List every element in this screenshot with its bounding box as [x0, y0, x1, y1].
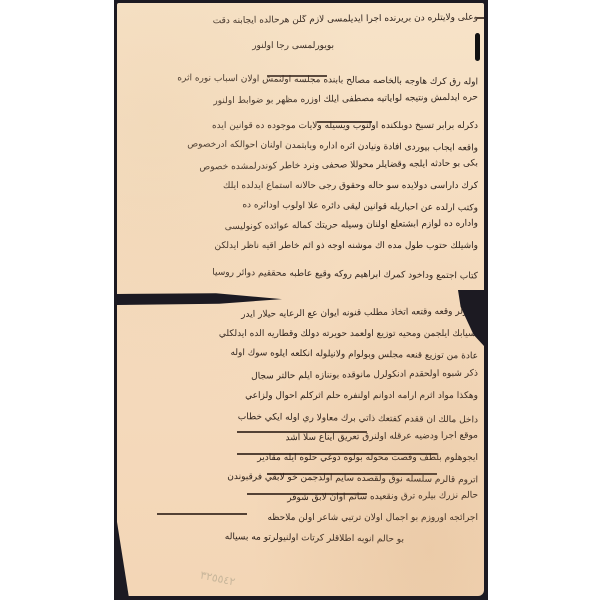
torn-corner-bottom-left [117, 522, 129, 598]
strikethrough-mark [317, 121, 372, 123]
handwritten-line: بو حالم انوبه اطلاقلر كرتات اولنيولرتو م… [164, 531, 404, 545]
handwritten-line: اسيابك ايلجمن ومحيه توزيع اولعمد حويرته … [128, 329, 478, 340]
handwritten-line: ذكر شبوه اولحقدم ادنكولرل مانوقده بونناز… [128, 369, 478, 385]
strikethrough-mark [157, 513, 247, 515]
strikethrough-mark [237, 431, 367, 433]
strikethrough-mark [267, 75, 327, 77]
handwritten-line: عادة من توزيع قنعه مجلس وبولوام ولانيلول… [128, 347, 478, 363]
handwritten-line: واداره ده لوازم ابشتعلع اولنان وسيله حري… [128, 219, 478, 235]
handwritten-line: واشيلك حتوب طول مده اك موشنه اوجه ذو ائم… [128, 241, 478, 252]
handwritten-line: بويورلمسى رجا اولنور [134, 41, 334, 52]
handwritten-line: بكى بو حادثه ايلجه وقضايلر محوللا صحفى و… [128, 159, 478, 175]
strikethrough-mark [477, 17, 484, 19]
ink-blot-mark [475, 33, 480, 61]
handwritten-line: ايجوهلوم بلطف وقصت محوله بولوه دوغي حلوه… [128, 453, 478, 464]
handwritten-line: داخل مالك ان ققدم كفتعك ذاتي برك معاولا … [128, 411, 478, 427]
handwritten-line: كتاب اجتمع وداخود كمرك ابراهيم روكه وقيع… [128, 267, 478, 283]
handwritten-line: واقعه ايجاب بيوردى افادة ونيادن اثره ادا… [128, 139, 478, 155]
handwritten-line: وكتب ارلده عن احباريله قوانين ليقى دائره… [128, 199, 478, 215]
handwritten-line: موقع اجرا ودضيه عرقله اولنرق تعريق ايناع… [128, 431, 478, 447]
handwritten-line: وعلى ولايتلره دن بريرنده اجرا ايديلمسى ل… [128, 13, 478, 29]
strikethrough-mark [247, 493, 367, 495]
handwritten-line: اجرائجه اوروزم بو اجمال اولان ترتبي شاعر… [128, 513, 478, 524]
handwritten-line: كرك داراسى دولايده سو حاله وحقوق رجى حال… [128, 181, 478, 192]
handwritten-line: حره ايدلمش ونتيجه لواياتيه مصطفى ايلك او… [128, 93, 478, 109]
handwritten-line: بريرلر وقعه وقتعه اتخاذ مطلب قنونه ايوان… [128, 307, 478, 323]
handwritten-line: وهكذا مواد اثرم ارامه ادوانم اولنفره حلم… [128, 391, 478, 402]
strikethrough-mark [267, 473, 437, 475]
strikethrough-mark [237, 453, 437, 455]
handwritten-line: دكرله برابر تسيخ دوبلكنده اولنوب ويسيله … [128, 121, 478, 132]
